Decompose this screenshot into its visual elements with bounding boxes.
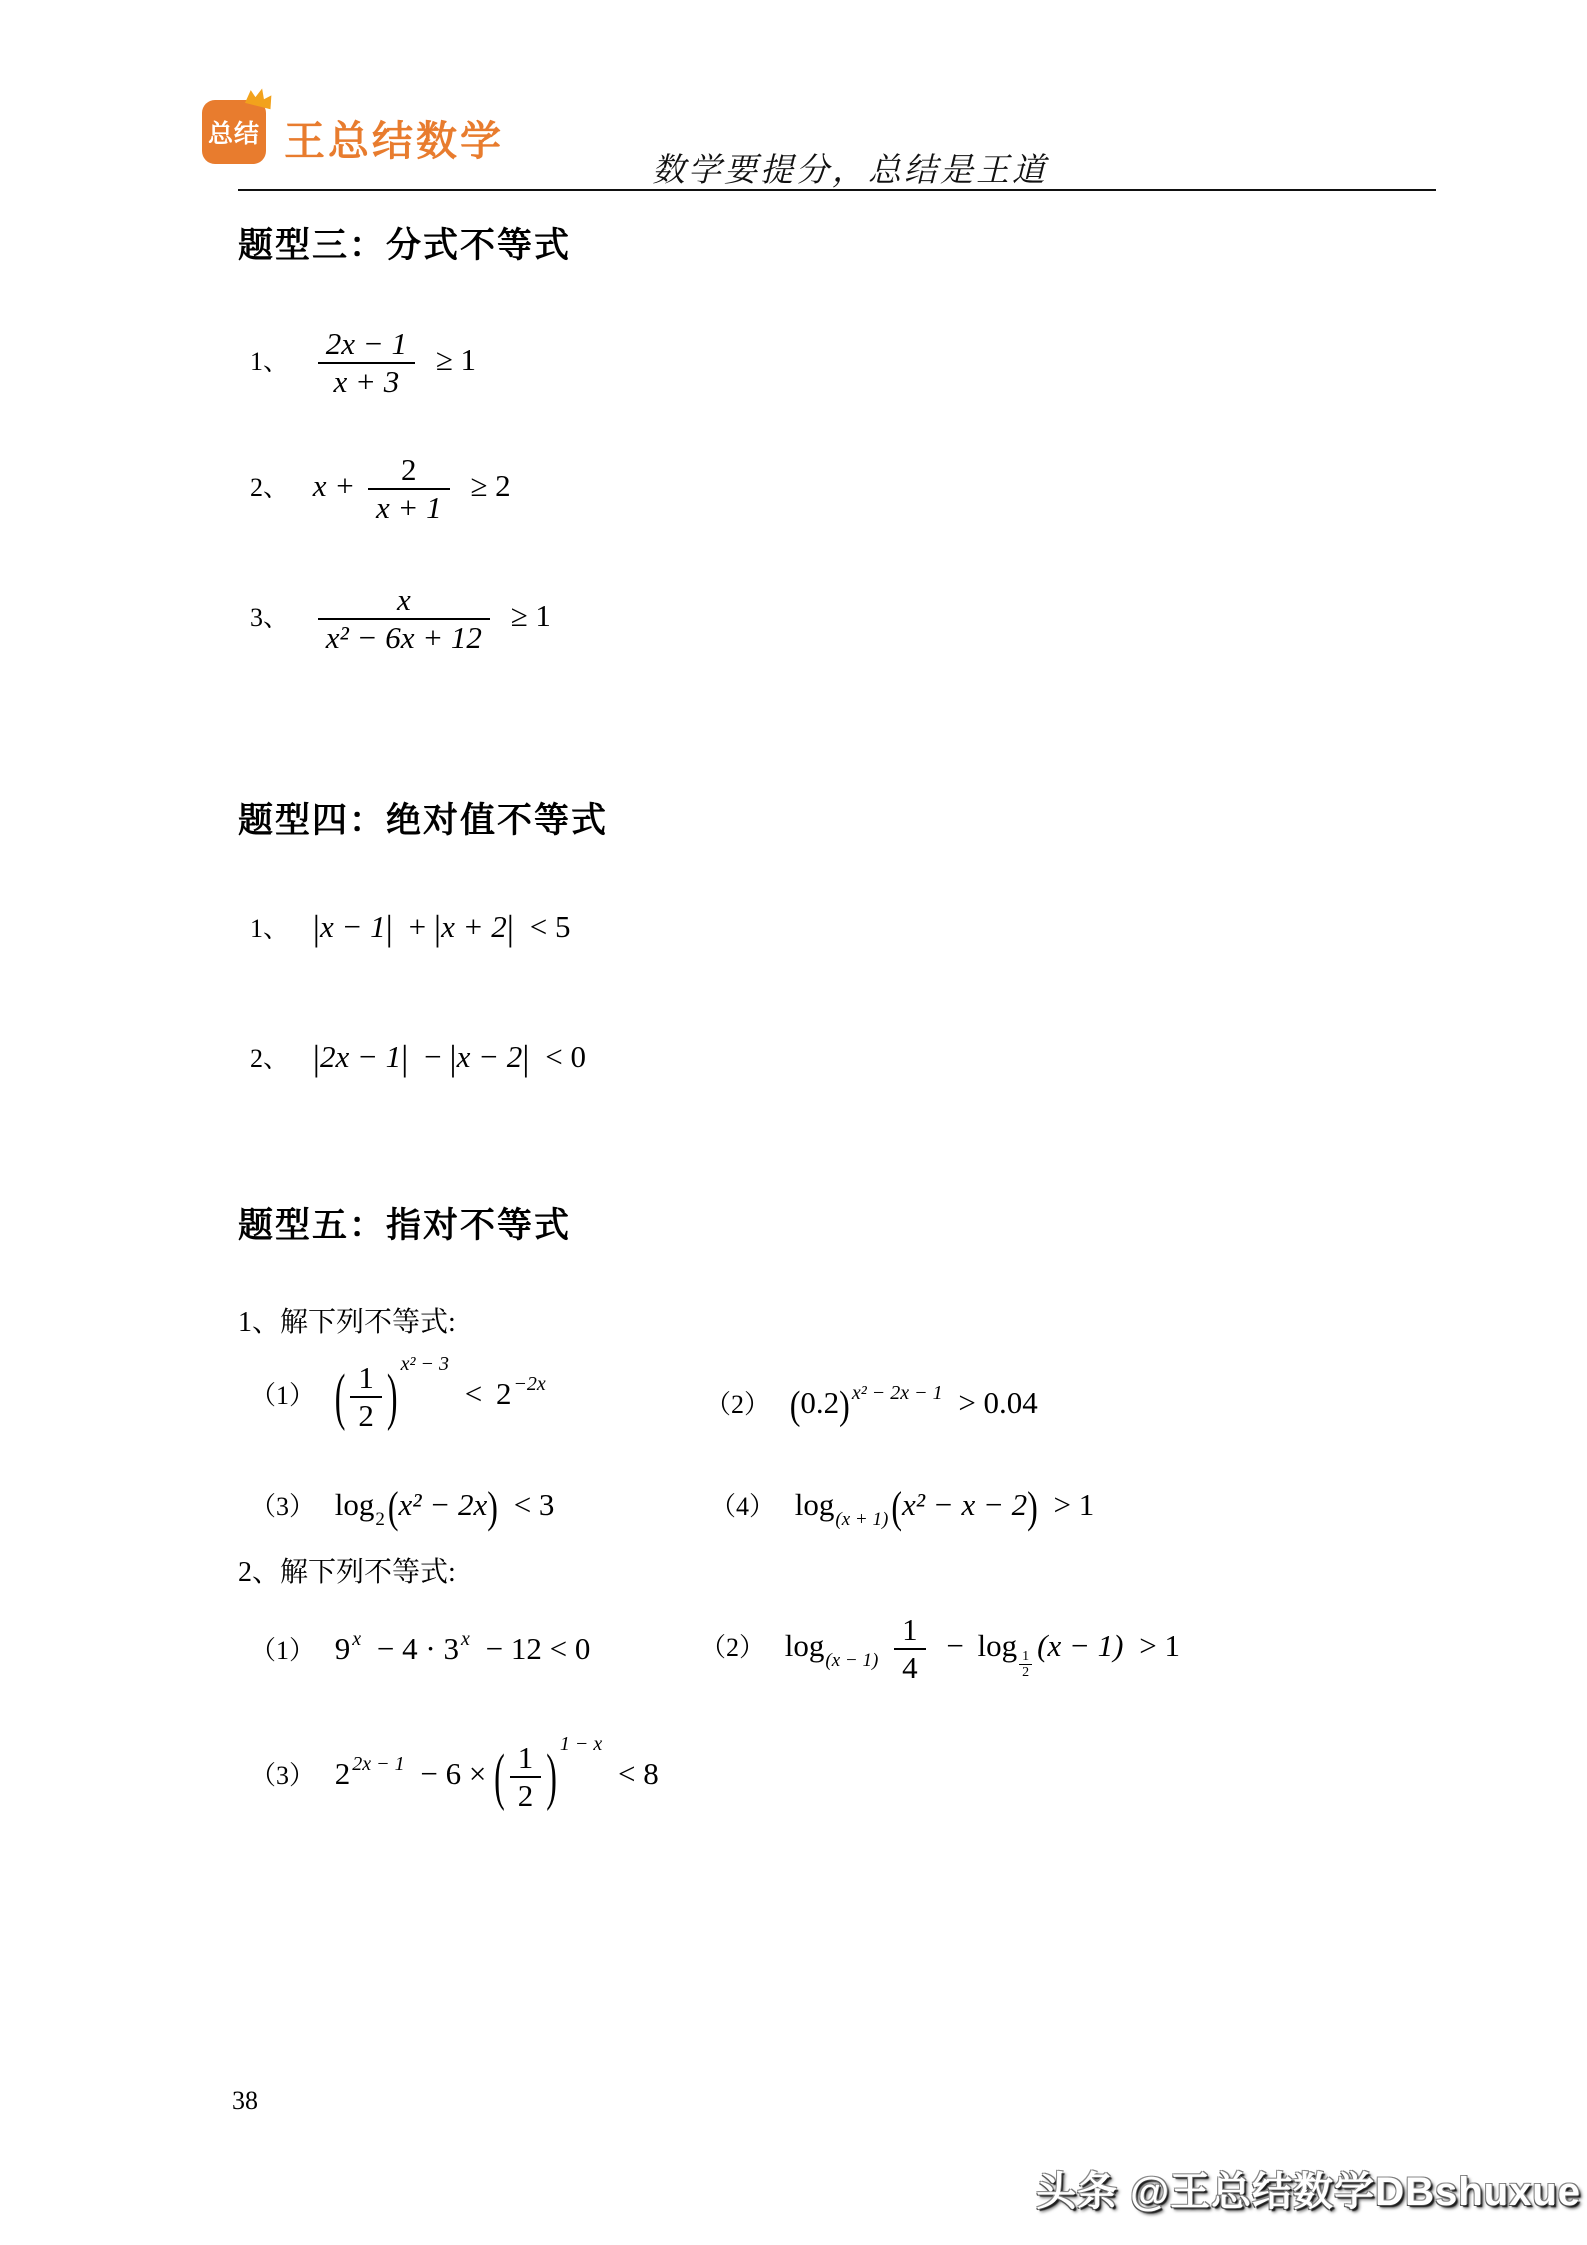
math-term: − 6 × — [420, 1756, 486, 1791]
math-term: x − 2 — [457, 1039, 523, 1074]
math-term: − 4 · 3 — [377, 1631, 459, 1666]
operator: − — [424, 1039, 441, 1074]
fraction-denominator: 2 — [510, 1778, 542, 1814]
base: 2 — [335, 1756, 351, 1791]
math-term: x² − 2x — [399, 1487, 488, 1522]
section-title-fractional-inequalities: 题型三：分式不等式 — [238, 218, 571, 268]
abs-bar: | — [401, 1038, 408, 1078]
base: 0.2 — [800, 1385, 839, 1420]
fraction: 12 — [510, 1740, 542, 1813]
paren-group: (12) — [494, 1740, 557, 1813]
logo-badge: 总结 — [202, 100, 266, 164]
left-paren: ( — [494, 1740, 505, 1814]
exponent: x — [352, 1628, 361, 1650]
fraction: 12 — [1019, 1649, 1032, 1681]
log-function: log — [335, 1487, 375, 1522]
fraction: 2x − 1x + 3 — [318, 326, 415, 399]
fraction: 12 — [350, 1360, 382, 1433]
right-paren: ) — [839, 1383, 850, 1429]
fraction: 2x + 1 — [368, 452, 450, 525]
watermark-text: 头条 @王总结数学DBshuxue — [1036, 2160, 1581, 2217]
right-paren: ) — [387, 1360, 398, 1434]
relation: ≥ 1 — [436, 342, 476, 377]
problem-s5-2-3: （3） 22x − 1 − 6 × (12)1 − x < 8 — [250, 1740, 659, 1813]
operator: − — [946, 1628, 963, 1663]
abs-bar: | — [313, 1038, 320, 1078]
problem-s4-1: 1、 |x − 1| + |x + 2| < 5 — [250, 907, 570, 949]
problem-s5-1-1: （1） (12)x² − 3 < 2−2x — [250, 1360, 546, 1433]
relation: < 0 — [545, 1039, 586, 1074]
math-term: x − 1 — [320, 909, 386, 944]
math-term: x + — [313, 468, 355, 503]
log-base: 2 — [375, 1509, 385, 1530]
brand-tagline: 数学要提分，总结是王道 — [652, 144, 1048, 191]
log-base: (x + 1) — [835, 1509, 888, 1530]
relation: < 8 — [618, 1756, 659, 1791]
section-title-absolute-value-inequalities: 题型四：绝对值不等式 — [238, 793, 608, 843]
log-base-fraction: 12 — [1019, 1644, 1032, 1681]
fraction-denominator: 2 — [1019, 1665, 1032, 1680]
math-term: x + 2 — [441, 909, 507, 944]
base: 2 — [496, 1376, 512, 1411]
crown-icon — [243, 83, 277, 112]
problem-s5-1-2: （2） (0.2)x² − 2x − 1 > 0.04 — [705, 1384, 1038, 1424]
item-number: （2） — [700, 1633, 765, 1662]
relation: > 0.04 — [958, 1385, 1037, 1420]
left-paren: ( — [335, 1360, 346, 1434]
right-paren: ) — [487, 1482, 498, 1534]
problem-s4-2: 2、 |2x − 1| − |x − 2| < 0 — [250, 1037, 586, 1079]
instruction-line-2: 2、解下列不等式: — [238, 1550, 456, 1590]
paren-group: (12) — [335, 1360, 398, 1433]
exponent: x² − 2x − 1 — [852, 1382, 943, 1404]
logo-badge-text: 总结 — [208, 114, 260, 150]
fraction-numerator: 1 — [1019, 1649, 1032, 1664]
relation: ≥ 2 — [470, 468, 510, 503]
fraction-numerator: 2x − 1 — [318, 326, 415, 362]
exponent: −2x — [513, 1373, 545, 1395]
problem-s5-2-1: （1） 9x − 4 · 3x − 12 < 0 — [250, 1630, 590, 1667]
relation: > 1 — [1139, 1628, 1180, 1663]
problem-s5-2-2: （2） log(x − 1) 14 − log12(x − 1) > 1 — [700, 1612, 1180, 1685]
log-base: (x − 1) — [825, 1650, 878, 1671]
worksheet-page: 总结 王总结数学 数学要提分，总结是王道 题型三：分式不等式 1、 2x − 1… — [0, 0, 1587, 2245]
relation: < — [465, 1376, 482, 1411]
right-paren: ) — [1027, 1482, 1038, 1534]
fraction-denominator: 4 — [894, 1650, 926, 1686]
fraction: xx² − 6x + 12 — [318, 582, 490, 655]
relation: ≥ 1 — [511, 598, 551, 633]
log-function: log — [785, 1628, 825, 1663]
base: 9 — [335, 1631, 351, 1666]
relation: > 1 — [1054, 1487, 1095, 1522]
math-term: (x − 1) — [1037, 1628, 1123, 1663]
problem-s3-2: 2、 x + 2x + 1 ≥ 2 — [250, 452, 511, 525]
fraction: 14 — [894, 1612, 926, 1685]
header-rule — [238, 189, 1436, 191]
left-paren: ( — [790, 1383, 801, 1429]
problem-number: 2、 — [250, 473, 289, 502]
brand-name: 王总结数学 — [284, 108, 504, 167]
item-number: （1） — [250, 1636, 315, 1665]
abs-bar: | — [313, 908, 320, 948]
left-paren: ( — [388, 1482, 399, 1534]
fraction-denominator: x + 1 — [368, 490, 450, 526]
page-number: 38 — [232, 2086, 258, 2116]
left-paren: ( — [891, 1482, 902, 1534]
problem-s5-1-4: （4） log(x + 1)(x² − x − 2) > 1 — [710, 1486, 1094, 1526]
math-term: 2x − 1 — [320, 1039, 401, 1074]
problem-number: 1、 — [250, 347, 289, 376]
fraction-denominator: x² − 6x + 12 — [318, 620, 490, 656]
abs-bar: | — [507, 908, 514, 948]
item-number: （3） — [250, 1761, 315, 1790]
exponent: 1 − x — [560, 1733, 602, 1755]
fraction-numerator: 1 — [510, 1740, 542, 1776]
relation: − 12 < 0 — [486, 1631, 591, 1666]
exponent: x — [461, 1628, 470, 1650]
abs-bar: | — [434, 908, 441, 948]
abs-bar: | — [449, 1038, 456, 1078]
problem-s3-3: 3、 xx² − 6x + 12 ≥ 1 — [250, 582, 551, 655]
problem-s3-1: 1、 2x − 1x + 3 ≥ 1 — [250, 326, 476, 399]
fraction-numerator: 1 — [350, 1360, 382, 1396]
fraction-numerator: x — [318, 582, 490, 618]
item-number: （4） — [710, 1492, 775, 1521]
problem-number: 3、 — [250, 603, 289, 632]
abs-bar: | — [522, 1038, 529, 1078]
log-function: log — [978, 1628, 1018, 1663]
problem-s5-1-3: （3） log2(x² − 2x) < 3 — [250, 1486, 554, 1526]
item-number: （1） — [250, 1381, 315, 1410]
item-number: （2） — [705, 1390, 770, 1419]
problem-number: 2、 — [250, 1044, 289, 1073]
math-term: x² − x − 2 — [902, 1487, 1027, 1522]
fraction-denominator: 2 — [350, 1398, 382, 1434]
fraction-denominator: x + 3 — [318, 364, 415, 400]
log-function: log — [795, 1487, 835, 1522]
exponent: x² − 3 — [401, 1353, 449, 1375]
fraction-numerator: 1 — [894, 1612, 926, 1648]
relation: < 5 — [530, 909, 571, 944]
relation: < 3 — [514, 1487, 555, 1522]
section-title-exp-log-inequalities: 题型五：指对不等式 — [238, 1198, 571, 1248]
operator: + — [409, 909, 426, 944]
right-paren: ) — [546, 1740, 557, 1814]
abs-bar: | — [386, 908, 393, 948]
exponent: 2x − 1 — [352, 1753, 404, 1775]
item-number: （3） — [250, 1492, 315, 1521]
fraction-numerator: 2 — [368, 452, 450, 488]
instruction-line-1: 1、解下列不等式: — [238, 1300, 456, 1340]
problem-number: 1、 — [250, 914, 289, 943]
